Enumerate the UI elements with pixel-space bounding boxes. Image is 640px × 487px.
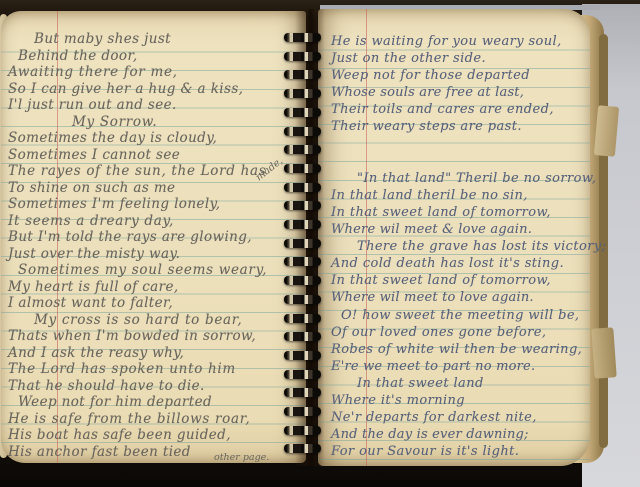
- binding-ring: [284, 295, 321, 304]
- binding-ring: [284, 164, 321, 173]
- handwritten-line: For our Savour is it's light.: [331, 443, 583, 460]
- handwritten-line: Sometimes my soul seems weary,: [8, 262, 302, 279]
- binding-ring: [284, 388, 321, 397]
- left-page-text: But maby shes just Behind the door, Awai…: [8, 31, 302, 460]
- binding-ring: [284, 89, 321, 98]
- handwritten-line: In that sweet land of tomorrow,: [331, 204, 583, 221]
- handwritten-line: And I ask the reasy why,: [8, 345, 302, 362]
- binding-ring: [284, 257, 321, 266]
- handwritten-line: E're we meet to part no more.: [331, 358, 583, 375]
- binding-ring: [284, 351, 321, 360]
- handwritten-line: Where wil meet to love again.: [331, 289, 583, 306]
- handwritten-line: I almost want to falter,: [8, 295, 302, 312]
- handwritten-line: He is safe from the billows roar,: [8, 411, 302, 428]
- handwritten-line: Just over the misty way.: [8, 246, 302, 263]
- handwritten-line: But I'm told the rays are glowing,: [8, 229, 302, 246]
- binding-ring: [284, 108, 321, 117]
- handwritten-line: It seems a dreary day,: [8, 213, 302, 230]
- handwritten-line: The Lord has spoken unto him: [8, 361, 302, 378]
- handwritten-line: In that sweet land: [331, 375, 583, 392]
- handwritten-line: Just on the other side.: [331, 50, 583, 67]
- handwritten-line: Sometimes I'm feeling lonely,: [8, 196, 302, 213]
- handwritten-line: My cross is so hard to bear,: [8, 312, 302, 329]
- binding-ring: [284, 52, 321, 61]
- handwritten-line: That he should have to die.: [8, 378, 302, 395]
- binding-ring: [284, 70, 321, 79]
- binding-ring: [284, 426, 321, 435]
- binding-ring: [284, 370, 321, 379]
- handwritten-line: But maby shes just: [8, 31, 302, 48]
- handwritten-line: Their toils and cares are ended,: [331, 101, 583, 118]
- binding-ring: [284, 145, 321, 154]
- notebook-photo: But maby shes just Behind the door, Awai…: [0, 0, 640, 487]
- handwritten-line: Of our loved ones gone before,: [331, 324, 583, 341]
- binding-ring: [284, 201, 321, 210]
- handwritten-line: And cold death has lost it's sting.: [331, 255, 583, 272]
- handwritten-line: Ne'r departs for darkest nite,: [331, 409, 583, 426]
- handwritten-line: Sometimes the day is cloudy,: [8, 130, 302, 147]
- binding-ring: [284, 276, 321, 285]
- handwritten-line: Robes of white wil then be wearing,: [331, 341, 583, 358]
- handwritten-line: Sometimes I cannot see: [8, 147, 302, 164]
- handwritten-line: So I can give her a hug & a kiss,: [8, 81, 302, 98]
- blank-line: [331, 136, 583, 153]
- handwritten-line: Whose souls are free at last,: [331, 84, 583, 101]
- handwritten-line: In that land theril be no sin,: [331, 187, 583, 204]
- handwritten-line: Where it's morning: [331, 392, 583, 409]
- right-page-text: He is waiting for you weary soul, Just o…: [331, 33, 583, 460]
- handwritten-line: Where wil meet & love again.: [331, 221, 583, 238]
- handwritten-line: He is waiting for you weary soul,: [331, 33, 583, 50]
- binding-ring: [284, 183, 321, 192]
- paper-tab-top: [594, 105, 619, 157]
- handwritten-line: Weep not for those departed: [331, 67, 583, 84]
- handwritten-line: My heart is full of care,: [8, 279, 302, 296]
- binding-ring: [284, 407, 321, 416]
- handwritten-line: O! how sweet the meeting will be,: [331, 307, 583, 324]
- handwritten-line: "In that land" Theril be no sorrow,: [331, 170, 583, 187]
- handwritten-line: Weep not for him departed: [8, 394, 302, 411]
- handwritten-line: Thats when I'm bowded in sorrow,: [8, 328, 302, 345]
- handwritten-line: And the day is ever dawning;: [331, 426, 583, 443]
- binding-ring: [284, 239, 321, 248]
- binding-ring: [284, 220, 321, 229]
- binding-ring: [284, 444, 321, 453]
- handwritten-line: Their weary steps are past.: [331, 118, 583, 135]
- paper-tab-bottom: [591, 327, 616, 378]
- footer-note: other page.: [214, 452, 269, 463]
- poem-title: My Sorrow.: [8, 114, 302, 131]
- handwritten-line: His boat has safe been guided,: [8, 427, 302, 444]
- blank-line: [331, 153, 583, 170]
- handwritten-line: In that sweet land of tomorrow,: [331, 272, 583, 289]
- binding-ring: [284, 314, 321, 323]
- binding-ring: [284, 33, 321, 42]
- handwritten-line: Awaiting there for me,: [8, 64, 302, 81]
- handwritten-line: To shine on such as me: [8, 180, 302, 197]
- binding-ring: [284, 127, 321, 136]
- handwritten-line: There the grave has lost its victory;: [331, 238, 583, 255]
- handwritten-line: Behind the door,: [8, 48, 302, 65]
- binding-ring: [284, 332, 321, 341]
- handwritten-line: I'l just run out and see.: [8, 97, 302, 114]
